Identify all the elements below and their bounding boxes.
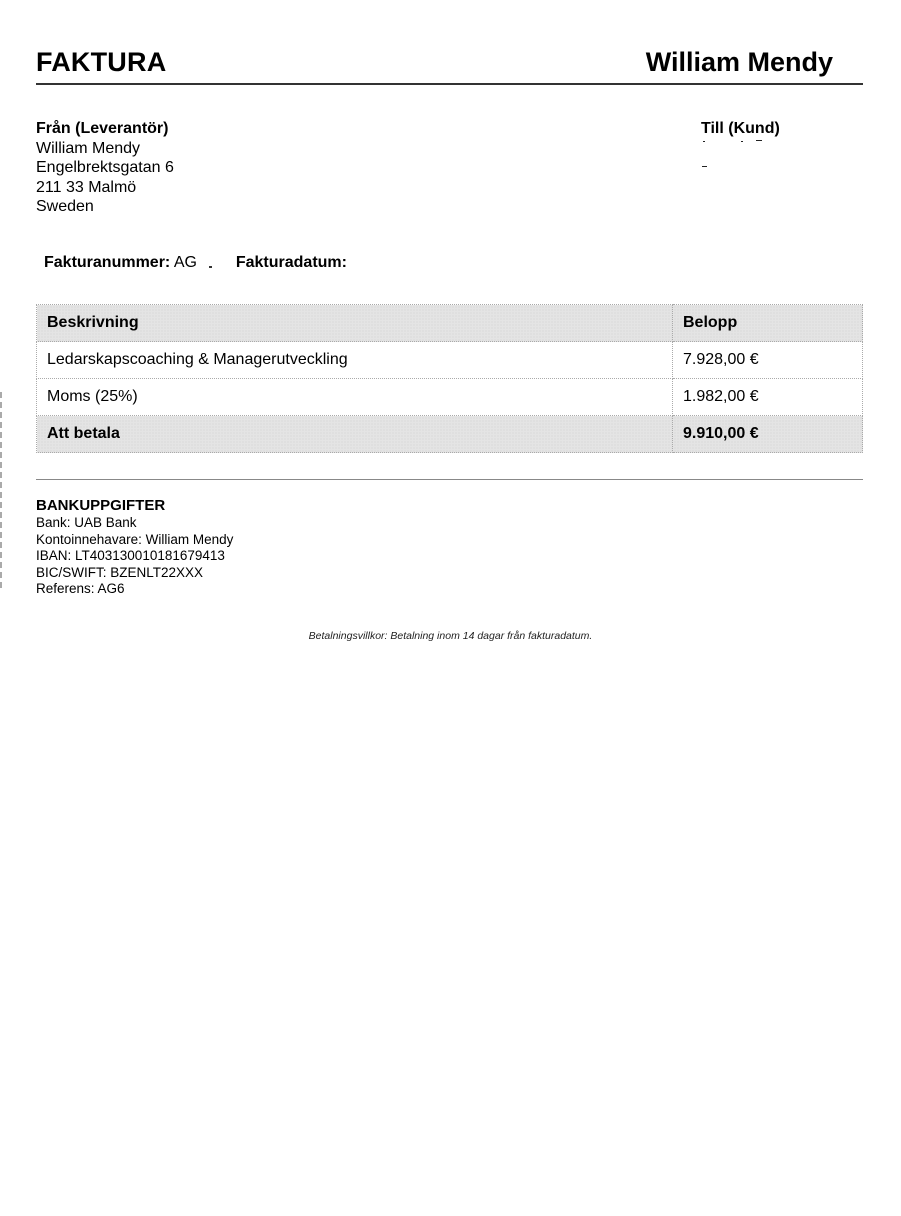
bank-details: BANKUPPGIFTER Bank: UAB Bank Kontoinneha…	[36, 497, 233, 598]
invoice-header: FAKTURA William Mendy	[36, 44, 863, 85]
column-header-amount: Belopp	[673, 305, 863, 342]
supplier-country: Sweden	[36, 197, 174, 217]
column-header-description: Beskrivning	[37, 305, 673, 342]
invoice-date-label: Fakturadatum:	[236, 254, 347, 271]
supplier-name: William Mendy	[36, 139, 174, 159]
invoice-title: FAKTURA	[36, 47, 166, 78]
item-amount: 1.982,00 €	[673, 379, 863, 416]
invoice-number-value: AG	[174, 254, 197, 271]
page-edge-marker	[0, 392, 2, 590]
account-holder: Kontoinnehavare: William Mendy	[36, 532, 233, 549]
bank-name: Bank: UAB Bank	[36, 515, 233, 532]
bic-swift: BIC/SWIFT: BZENLT22XXX	[36, 565, 233, 582]
invoice-meta: Fakturanummer: AG Fakturadatum:	[44, 254, 347, 272]
invoice-page: FAKTURA William Mendy Från (Leverantör) …	[0, 0, 901, 1216]
customer-line-redacted	[701, 158, 780, 178]
customer-label: Till (Kund)	[701, 119, 780, 139]
supplier-city: 211 33 Malmö	[36, 178, 174, 198]
item-amount: 7.928,00 €	[673, 342, 863, 379]
item-description: Moms (25%)	[37, 379, 673, 416]
bank-details-title: BANKUPPGIFTER	[36, 497, 233, 515]
iban: IBAN: LT403130010181679413	[36, 548, 233, 565]
payment-terms: Betalningsvillkor: Betalning inom 14 dag…	[0, 630, 901, 642]
section-divider	[36, 479, 863, 480]
items-table: Beskrivning Belopp Ledarskapscoaching & …	[36, 304, 863, 453]
company-name: William Mendy	[646, 47, 833, 78]
total-label: Att betala	[37, 416, 673, 453]
payment-reference: Referens: AG6	[36, 581, 233, 598]
table-header-row: Beskrivning Belopp	[37, 305, 863, 342]
customer-address: Till (Kund)	[701, 119, 780, 178]
redacted-mark	[201, 258, 231, 268]
supplier-address: Från (Leverantör) William Mendy Engelbre…	[36, 119, 174, 217]
supplier-street: Engelbrektsgatan 6	[36, 158, 174, 178]
total-row: Att betala 9.910,00 €	[37, 416, 863, 453]
total-amount: 9.910,00 €	[673, 416, 863, 453]
customer-line-redacted	[701, 139, 780, 159]
table-row: Moms (25%) 1.982,00 €	[37, 379, 863, 416]
table-row: Ledarskapscoaching & Managerutveckling 7…	[37, 342, 863, 379]
supplier-label: Från (Leverantör)	[36, 119, 174, 139]
invoice-number-label: Fakturanummer:	[44, 254, 170, 271]
item-description: Ledarskapscoaching & Managerutveckling	[37, 342, 673, 379]
